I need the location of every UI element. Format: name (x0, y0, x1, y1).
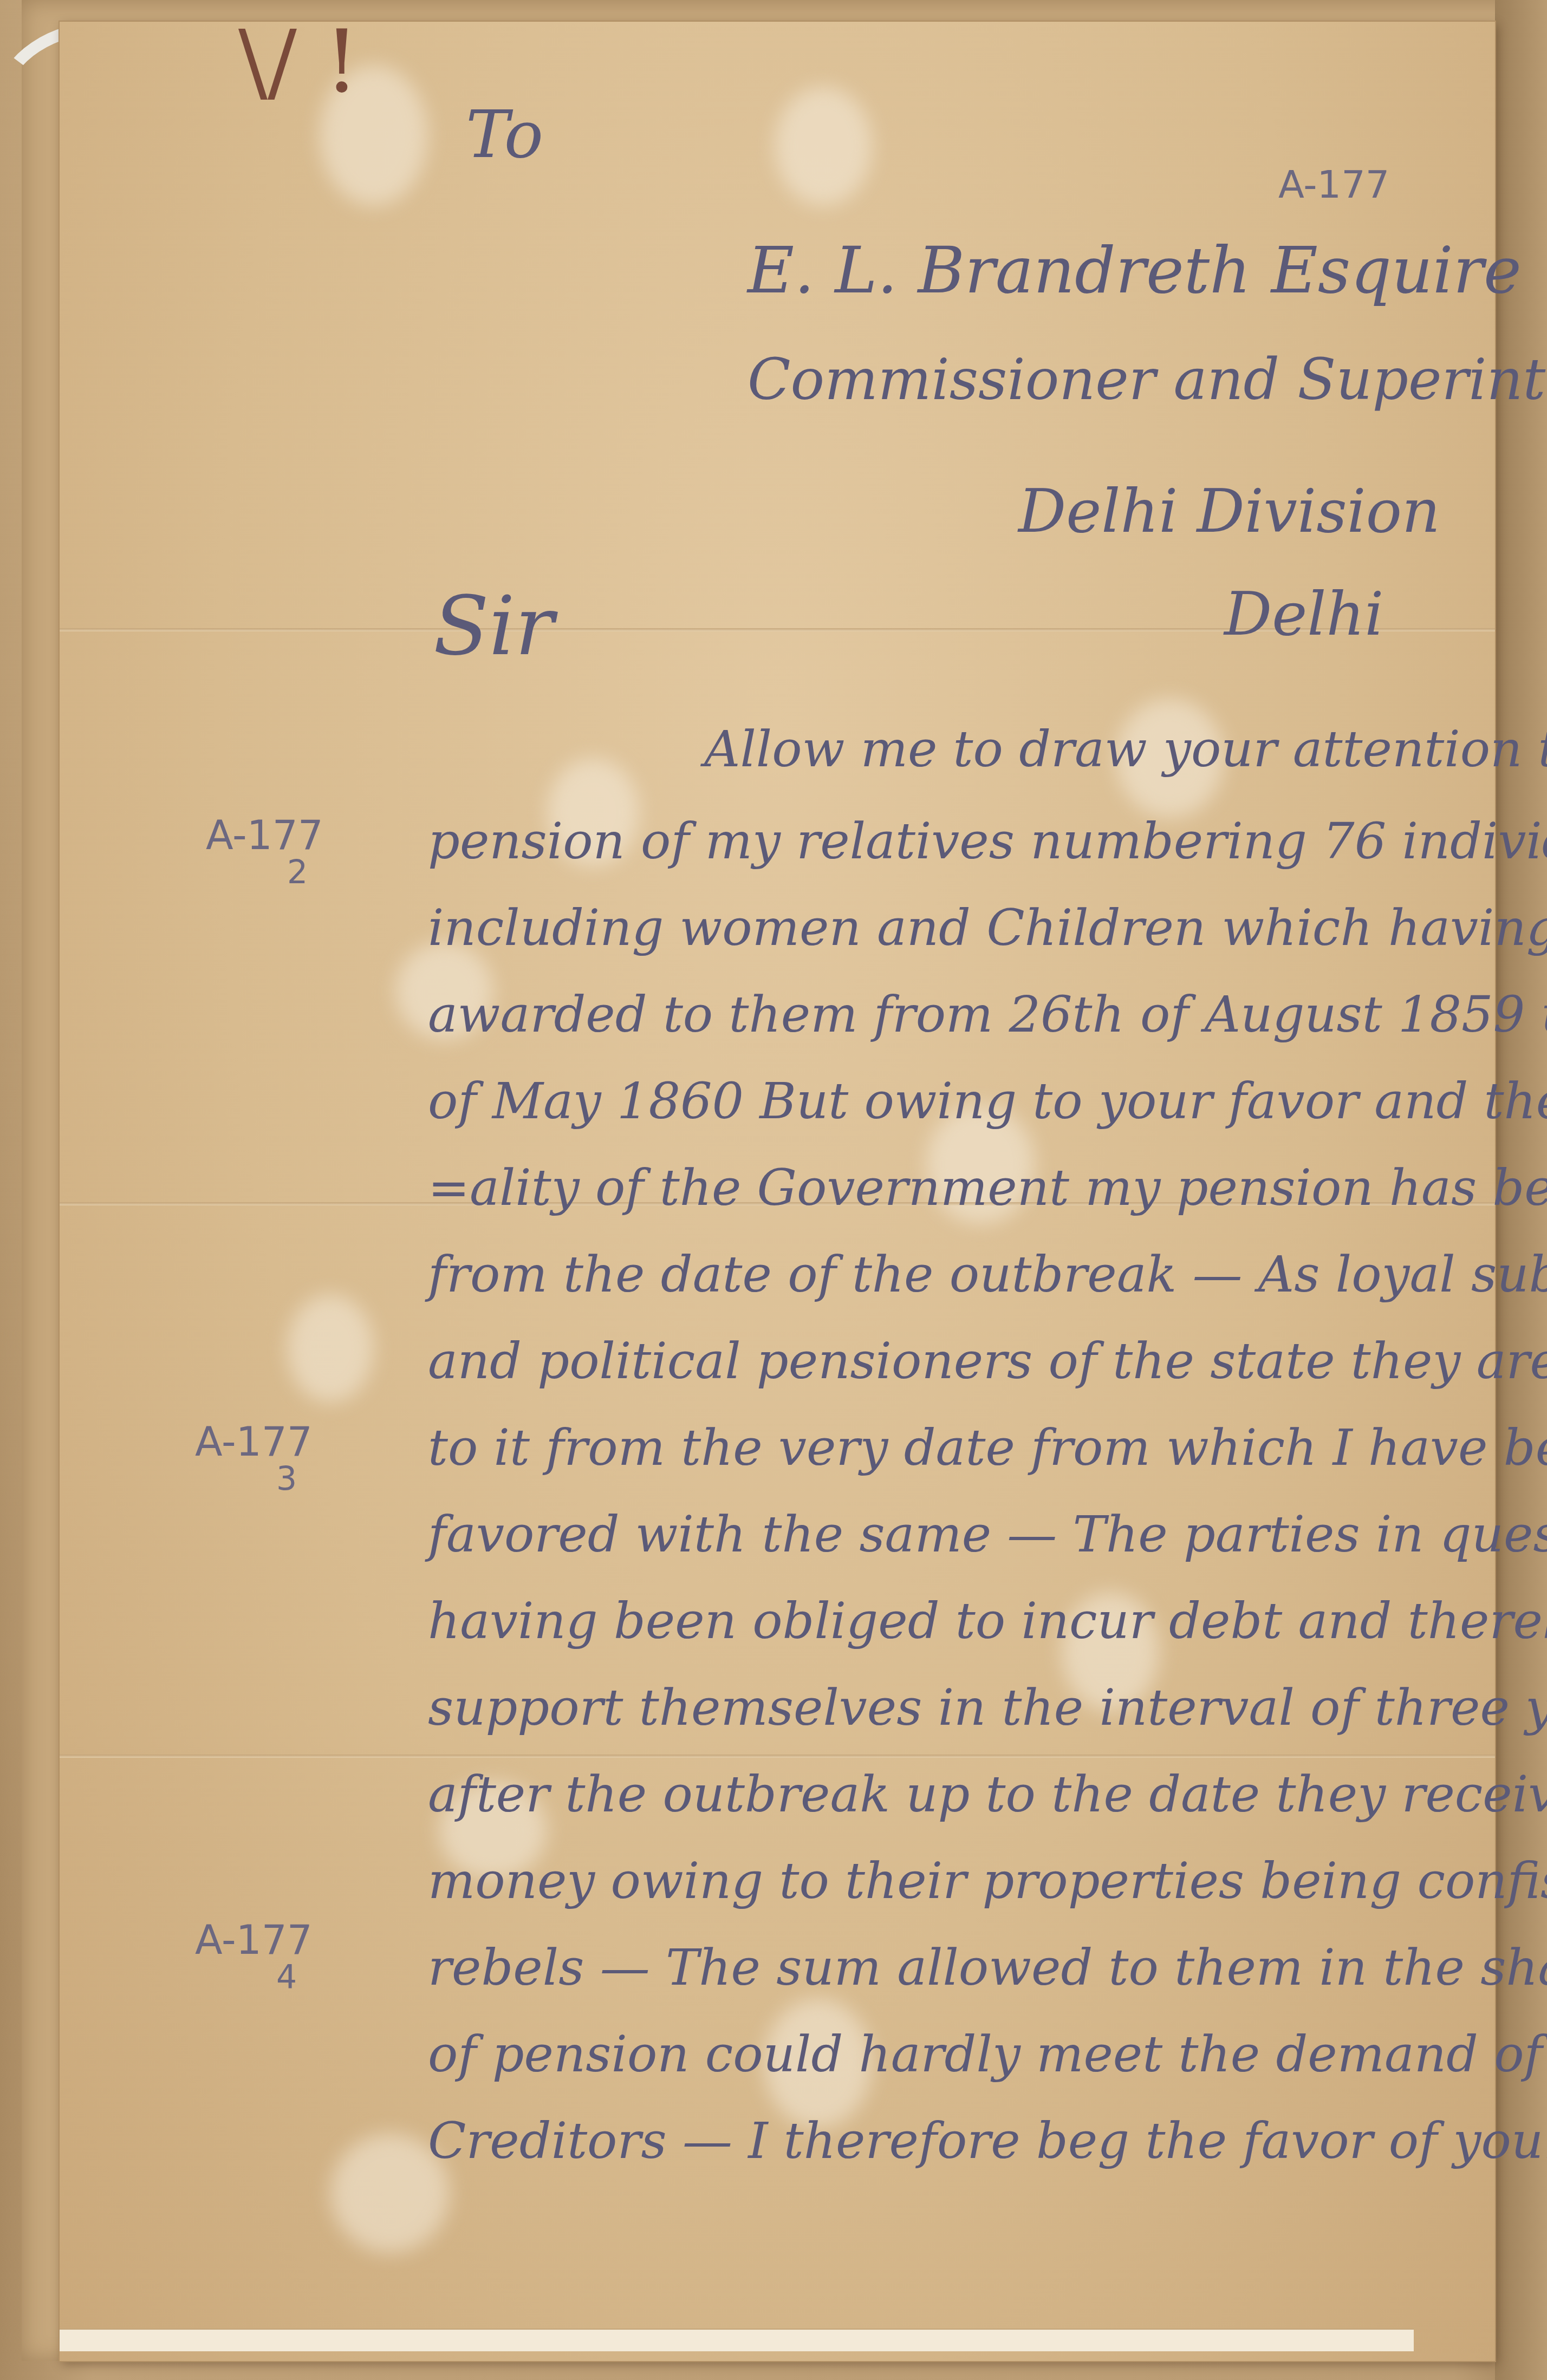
water-stain (775, 87, 872, 206)
margin-note-number: A-177 (195, 1419, 313, 1465)
margin-note-page: 2 (287, 853, 323, 891)
margin-archive-note: A-177 3 (195, 1419, 313, 1498)
body-line: money owing to their properties being co… (428, 1852, 1547, 1910)
body-line: and political pensioners of the state th… (428, 1332, 1547, 1390)
body-line: awarded to them from 26th of August 1859… (428, 986, 1547, 1044)
margin-note-page: 3 (276, 1460, 313, 1498)
margin-note-number: A-177 (206, 812, 323, 859)
water-stain (287, 1294, 374, 1403)
body-line: support themselves in the interval of th… (428, 1679, 1547, 1737)
body-line: including women and Children which havin… (428, 899, 1547, 957)
body-line: pension of my relatives numbering 76 ind… (428, 812, 1547, 870)
archive-reference-top: A-177 (1278, 162, 1389, 207)
margin-archive-note: A-177 4 (195, 1917, 313, 1996)
body-line: having been obliged to incur debt and th… (428, 1592, 1547, 1650)
corner-tick-mark: \/ ! (238, 11, 359, 112)
body-line: of May 1860 But owing to your favor and … (428, 1072, 1547, 1130)
fold-line (60, 1755, 1495, 1758)
addressee-title: Commissioner and Superintendent (747, 347, 1547, 413)
addressee-division: Delhi Division (1018, 477, 1440, 546)
addressee-city: Delhi (1224, 579, 1384, 649)
to-label: To (466, 97, 543, 173)
body-line: after the outbreak up to the date they r… (428, 1765, 1547, 1823)
body-line: to it from the very date from which I ha… (428, 1419, 1547, 1477)
body-line: of pension could hardly meet the demand … (428, 2025, 1547, 2083)
salutation: Sir (433, 579, 554, 674)
addressee-name: E. L. Brandreth Esquire (747, 233, 1522, 308)
margin-note-number: A-177 (195, 1917, 313, 1964)
body-line: Allow me to draw your attention to the — (704, 720, 1547, 778)
body-line: from the date of the outbreak — As loyal… (428, 1246, 1547, 1303)
body-line: favored with the same — The parties in q… (428, 1505, 1547, 1563)
margin-note-page: 4 (276, 1958, 313, 1996)
margin-archive-note: A-177 2 (206, 812, 323, 891)
body-line: =ality of the Government my pension has … (428, 1159, 1547, 1217)
body-line: Creditors — I therefore beg the favor of… (428, 2112, 1547, 2170)
body-line: rebels — The sum allowed to them in the … (428, 1939, 1547, 1997)
sheet-bottom-edge (60, 2329, 1414, 2351)
